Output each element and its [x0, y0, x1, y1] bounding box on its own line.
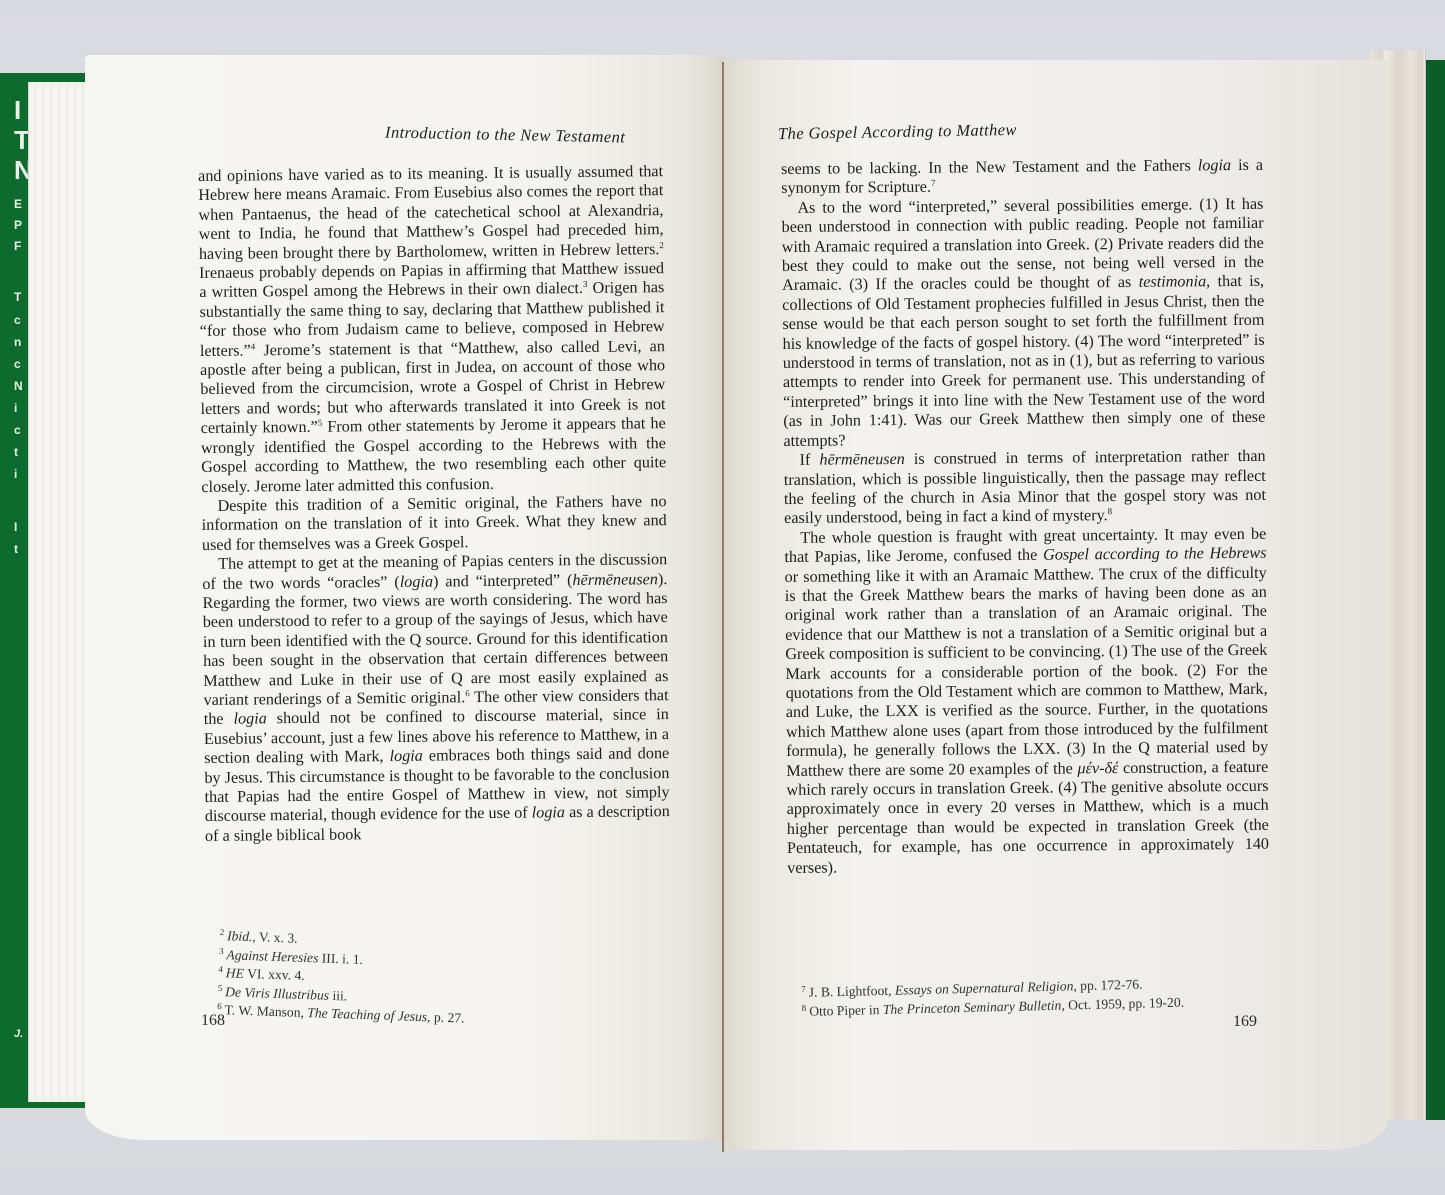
cover-letter: t	[14, 445, 18, 459]
cover-letter: E	[14, 197, 22, 211]
right-paragraph: If hērmēneusen is construed in terms of …	[784, 447, 1267, 529]
right-page-body: seems to be lacking. In the New Testamen…	[781, 156, 1269, 878]
left-paragraph: Despite this tradition of a Semitic orig…	[201, 492, 667, 555]
right-page-footnotes: 7J. B. Lightfoot, Essays on Supernatural…	[801, 973, 1184, 1019]
cover-letter: c	[14, 313, 21, 327]
left-page-body: and opinions have varied as to its meani…	[198, 162, 670, 846]
running-head-right: The Gospel According to Matthew	[778, 120, 1017, 144]
right-paragraph: As to the word “interpreted,” several po…	[781, 195, 1265, 451]
running-head-left: Introduction to the New Testament	[385, 122, 626, 147]
page-number-left: 168	[201, 1012, 225, 1030]
left-paragraph: The attempt to get at the meaning of Pap…	[202, 550, 670, 846]
cover-letter: c	[14, 357, 21, 371]
cover-letter: I	[14, 95, 21, 126]
cover-letter: P	[14, 218, 22, 232]
right-paragraph: seems to be lacking. In the New Testamen…	[781, 156, 1263, 199]
cover-bottom-text: J.	[14, 1028, 23, 1040]
page-number-right: 169	[1233, 1013, 1257, 1031]
footnote-number: 6	[217, 1001, 222, 1011]
cover-letter: t	[14, 542, 18, 556]
footnote-number: 5	[218, 982, 223, 992]
book-gutter	[722, 62, 724, 1152]
cover-letter: F	[14, 239, 21, 253]
left-page-footnotes: 2Ibid., V. x. 3.3Against Heresies III. i…	[217, 925, 468, 1026]
left-paragraph: and opinions have varied as to its meani…	[198, 162, 666, 497]
footnote-number: 8	[802, 1002, 807, 1012]
right-page: The Gospel According to Matthew seems to…	[723, 60, 1388, 1150]
cover-letter: n	[14, 335, 21, 349]
cover-letter: c	[14, 423, 21, 437]
footnote-number: 7	[801, 984, 806, 994]
footnote-number: 2	[220, 927, 225, 937]
footnote-number: 3	[219, 945, 224, 955]
cover-letter: i	[14, 401, 17, 415]
cover-letter: i	[14, 467, 17, 481]
cover-letter: I	[14, 520, 17, 534]
cover-letter: T	[14, 290, 21, 304]
right-paragraph: The whole question is fraught with great…	[784, 524, 1269, 878]
footnote-number: 4	[218, 964, 223, 974]
cover-letter: N	[14, 379, 23, 393]
left-page: Introduction to the New Testament and op…	[85, 55, 725, 1140]
